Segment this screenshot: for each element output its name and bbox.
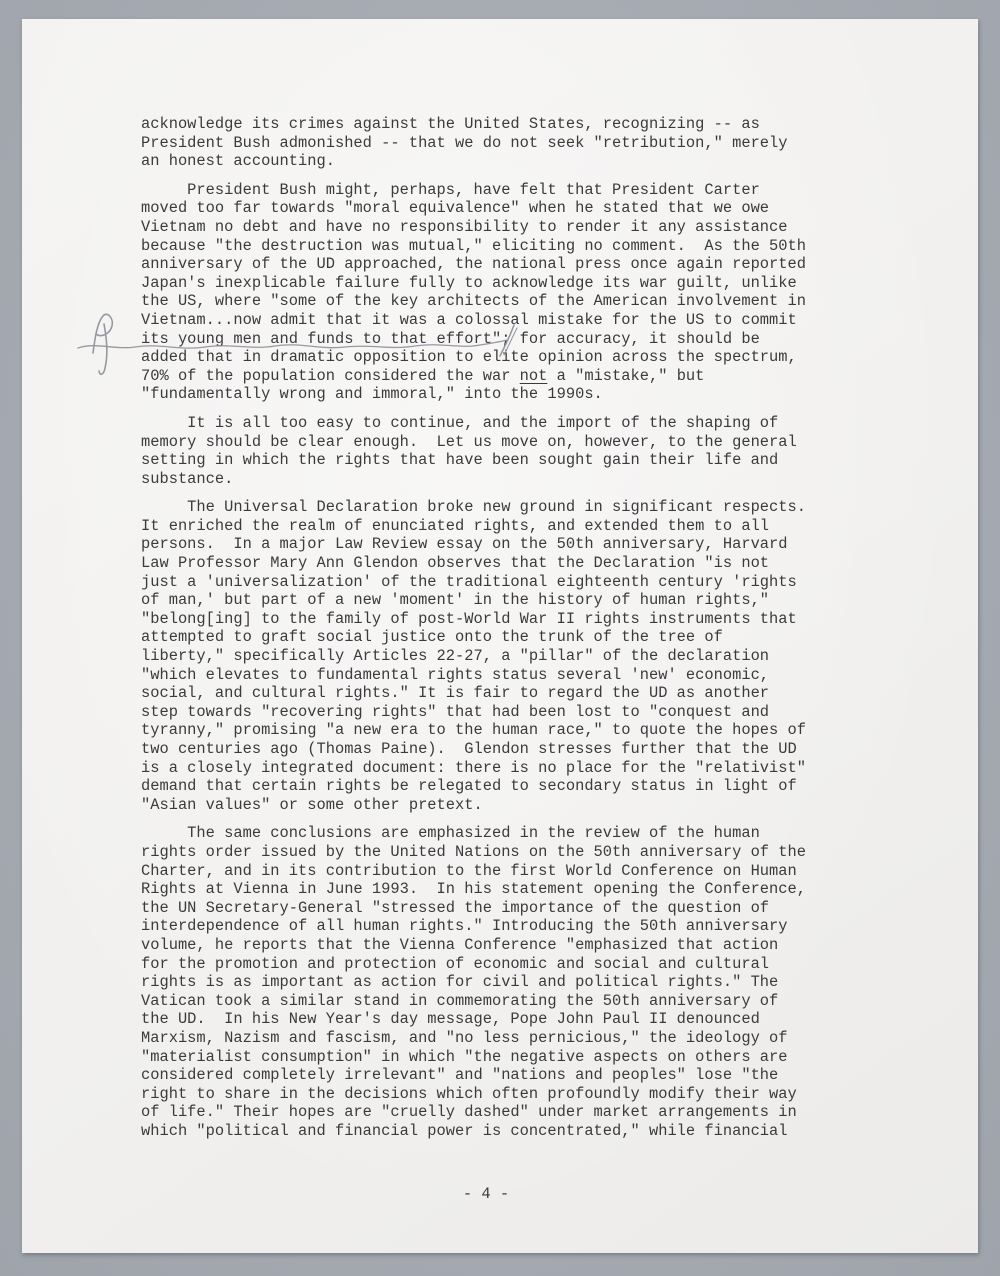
paragraph: The Universal Declaration broke new grou… xyxy=(141,498,841,814)
paragraph: The same conclusions are emphasized in t… xyxy=(141,824,841,1140)
paragraph: President Bush might, perhaps, have felt… xyxy=(141,181,841,404)
page-number: - 4 - xyxy=(141,1185,831,1203)
document-page: acknowledge its crimes against the Unite… xyxy=(22,19,978,1253)
document-body: acknowledge its crimes against the Unite… xyxy=(141,115,841,1150)
paragraph: acknowledge its crimes against the Unite… xyxy=(141,115,841,171)
paragraph: It is all too easy to continue, and the … xyxy=(141,414,841,488)
typed-underline-word: not xyxy=(520,367,548,385)
